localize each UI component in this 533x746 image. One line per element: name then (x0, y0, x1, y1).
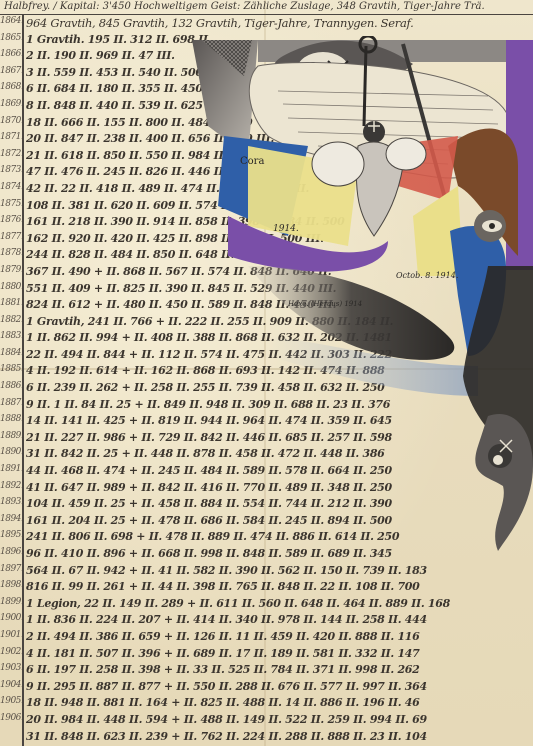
year-column: 1864.1865.1866.1867.1868.1869.1870.1871.… (0, 16, 22, 730)
year-label: 1891. (0, 464, 22, 481)
year-label: 1878. (0, 248, 22, 265)
year-label: 1864. (0, 16, 22, 33)
year-label: 1903. (0, 663, 22, 680)
skull-icon (493, 455, 503, 465)
margin-rule (22, 14, 24, 746)
year-label: 1880. (0, 282, 22, 299)
year-label: 1895. (0, 530, 22, 547)
year-label: 1894. (0, 514, 22, 531)
number-row: 564 II. 67 II. 942 + II. 41 II. 582 II. … (26, 564, 531, 581)
year-label: 1872. (0, 149, 22, 166)
year-label: 1886. (0, 381, 22, 398)
year-label: 1898. (0, 580, 22, 597)
year-label: 1889. (0, 431, 22, 448)
number-row: 20 II. 984 II. 448 II. 594 + II. 488 II.… (26, 713, 531, 730)
year-label: 1875. (0, 199, 22, 216)
year-label: 1874. (0, 182, 22, 199)
year-label: 1868. (0, 82, 22, 99)
year-label: 1871. (0, 132, 22, 149)
cora-inscription: Cora (240, 156, 264, 167)
year-label: 1906. (0, 713, 22, 730)
year-label: 1884. (0, 348, 22, 365)
year-label: 1887. (0, 398, 22, 415)
year-label: 1879. (0, 265, 22, 282)
header-inscription: Halbfrey. / Kapital: 3'450 Hochweltigem … (0, 0, 533, 15)
year-label: 1877. (0, 232, 22, 249)
october-inscription: Octob. 8. 1914. (396, 271, 458, 280)
year-label: 1883. (0, 331, 22, 348)
year-label: 1885. (0, 364, 22, 381)
year-label: 1892. (0, 481, 22, 498)
illustration-graphic: Cora 1914. Octob. 8. 1914. Hexe. (Heraus… (188, 36, 533, 556)
year-label: 1882. (0, 315, 22, 332)
date-inscription: 1914. (273, 224, 299, 234)
year-label: 1896. (0, 547, 22, 564)
number-row: 816 II. 99 II. 261 + II. 44 II. 398 II. … (26, 580, 531, 597)
skull-scroll (475, 414, 533, 551)
number-row: 18 II. 948 II. 881 II. 164 + II. 825 II.… (26, 696, 531, 713)
year-label: 1893. (0, 497, 22, 514)
year-label: 1866. (0, 49, 22, 66)
year-label: 1890. (0, 447, 22, 464)
illustration: Cora 1914. Octob. 8. 1914. Hexe. (Heraus… (188, 36, 533, 556)
year-label: 1905. (0, 696, 22, 713)
year-label: 1865. (0, 33, 22, 50)
year-label: 1902. (0, 647, 22, 664)
year-label: 1897. (0, 564, 22, 581)
number-row: 31 II. 848 II. 623 II. 239 + II. 762 II.… (26, 730, 531, 746)
year-label: 1867. (0, 66, 22, 83)
manuscript-sheet: Halbfrey. / Kapital: 3'450 Hochweltigem … (0, 0, 533, 746)
year-label: 1900. (0, 613, 22, 630)
year-label: 1870. (0, 116, 22, 133)
number-row: 2 II. 494 II. 386 II. 659 + II. 126 II. … (26, 630, 531, 647)
number-row: 4 II. 181 II. 507 II. 396 + II. 689 II. … (26, 647, 531, 664)
signature-inscription: Hexe. (Heraus) 1914 (287, 300, 362, 308)
year-label: 1888. (0, 414, 22, 431)
year-label: 1901. (0, 630, 22, 647)
pupil-icon (489, 223, 495, 229)
year-label: 1876. (0, 215, 22, 232)
year-label: 1873. (0, 165, 22, 182)
white-head-right (386, 138, 426, 170)
hanging-rope (364, 46, 366, 126)
first-row: 964 Gravtih, 845 Gravtih, 132 Gravtih, T… (26, 16, 531, 33)
year-label: 1899. (0, 597, 22, 614)
year-label: 1904. (0, 680, 22, 697)
year-label: 1881. (0, 298, 22, 315)
number-row: 1 Legion, 22 II. 149 II. 289 + II. 611 I… (26, 597, 531, 614)
number-row: 1 II. 836 II. 224 II. 207 + II. 414 II. … (26, 613, 531, 630)
white-head-left (312, 142, 364, 186)
number-row: 9 II. 295 II. 887 II. 877 + II. 550 II. … (26, 680, 531, 697)
number-row: 6 II. 197 II. 258 II. 398 + II. 33 II. 5… (26, 663, 531, 680)
year-label: 1869. (0, 99, 22, 116)
